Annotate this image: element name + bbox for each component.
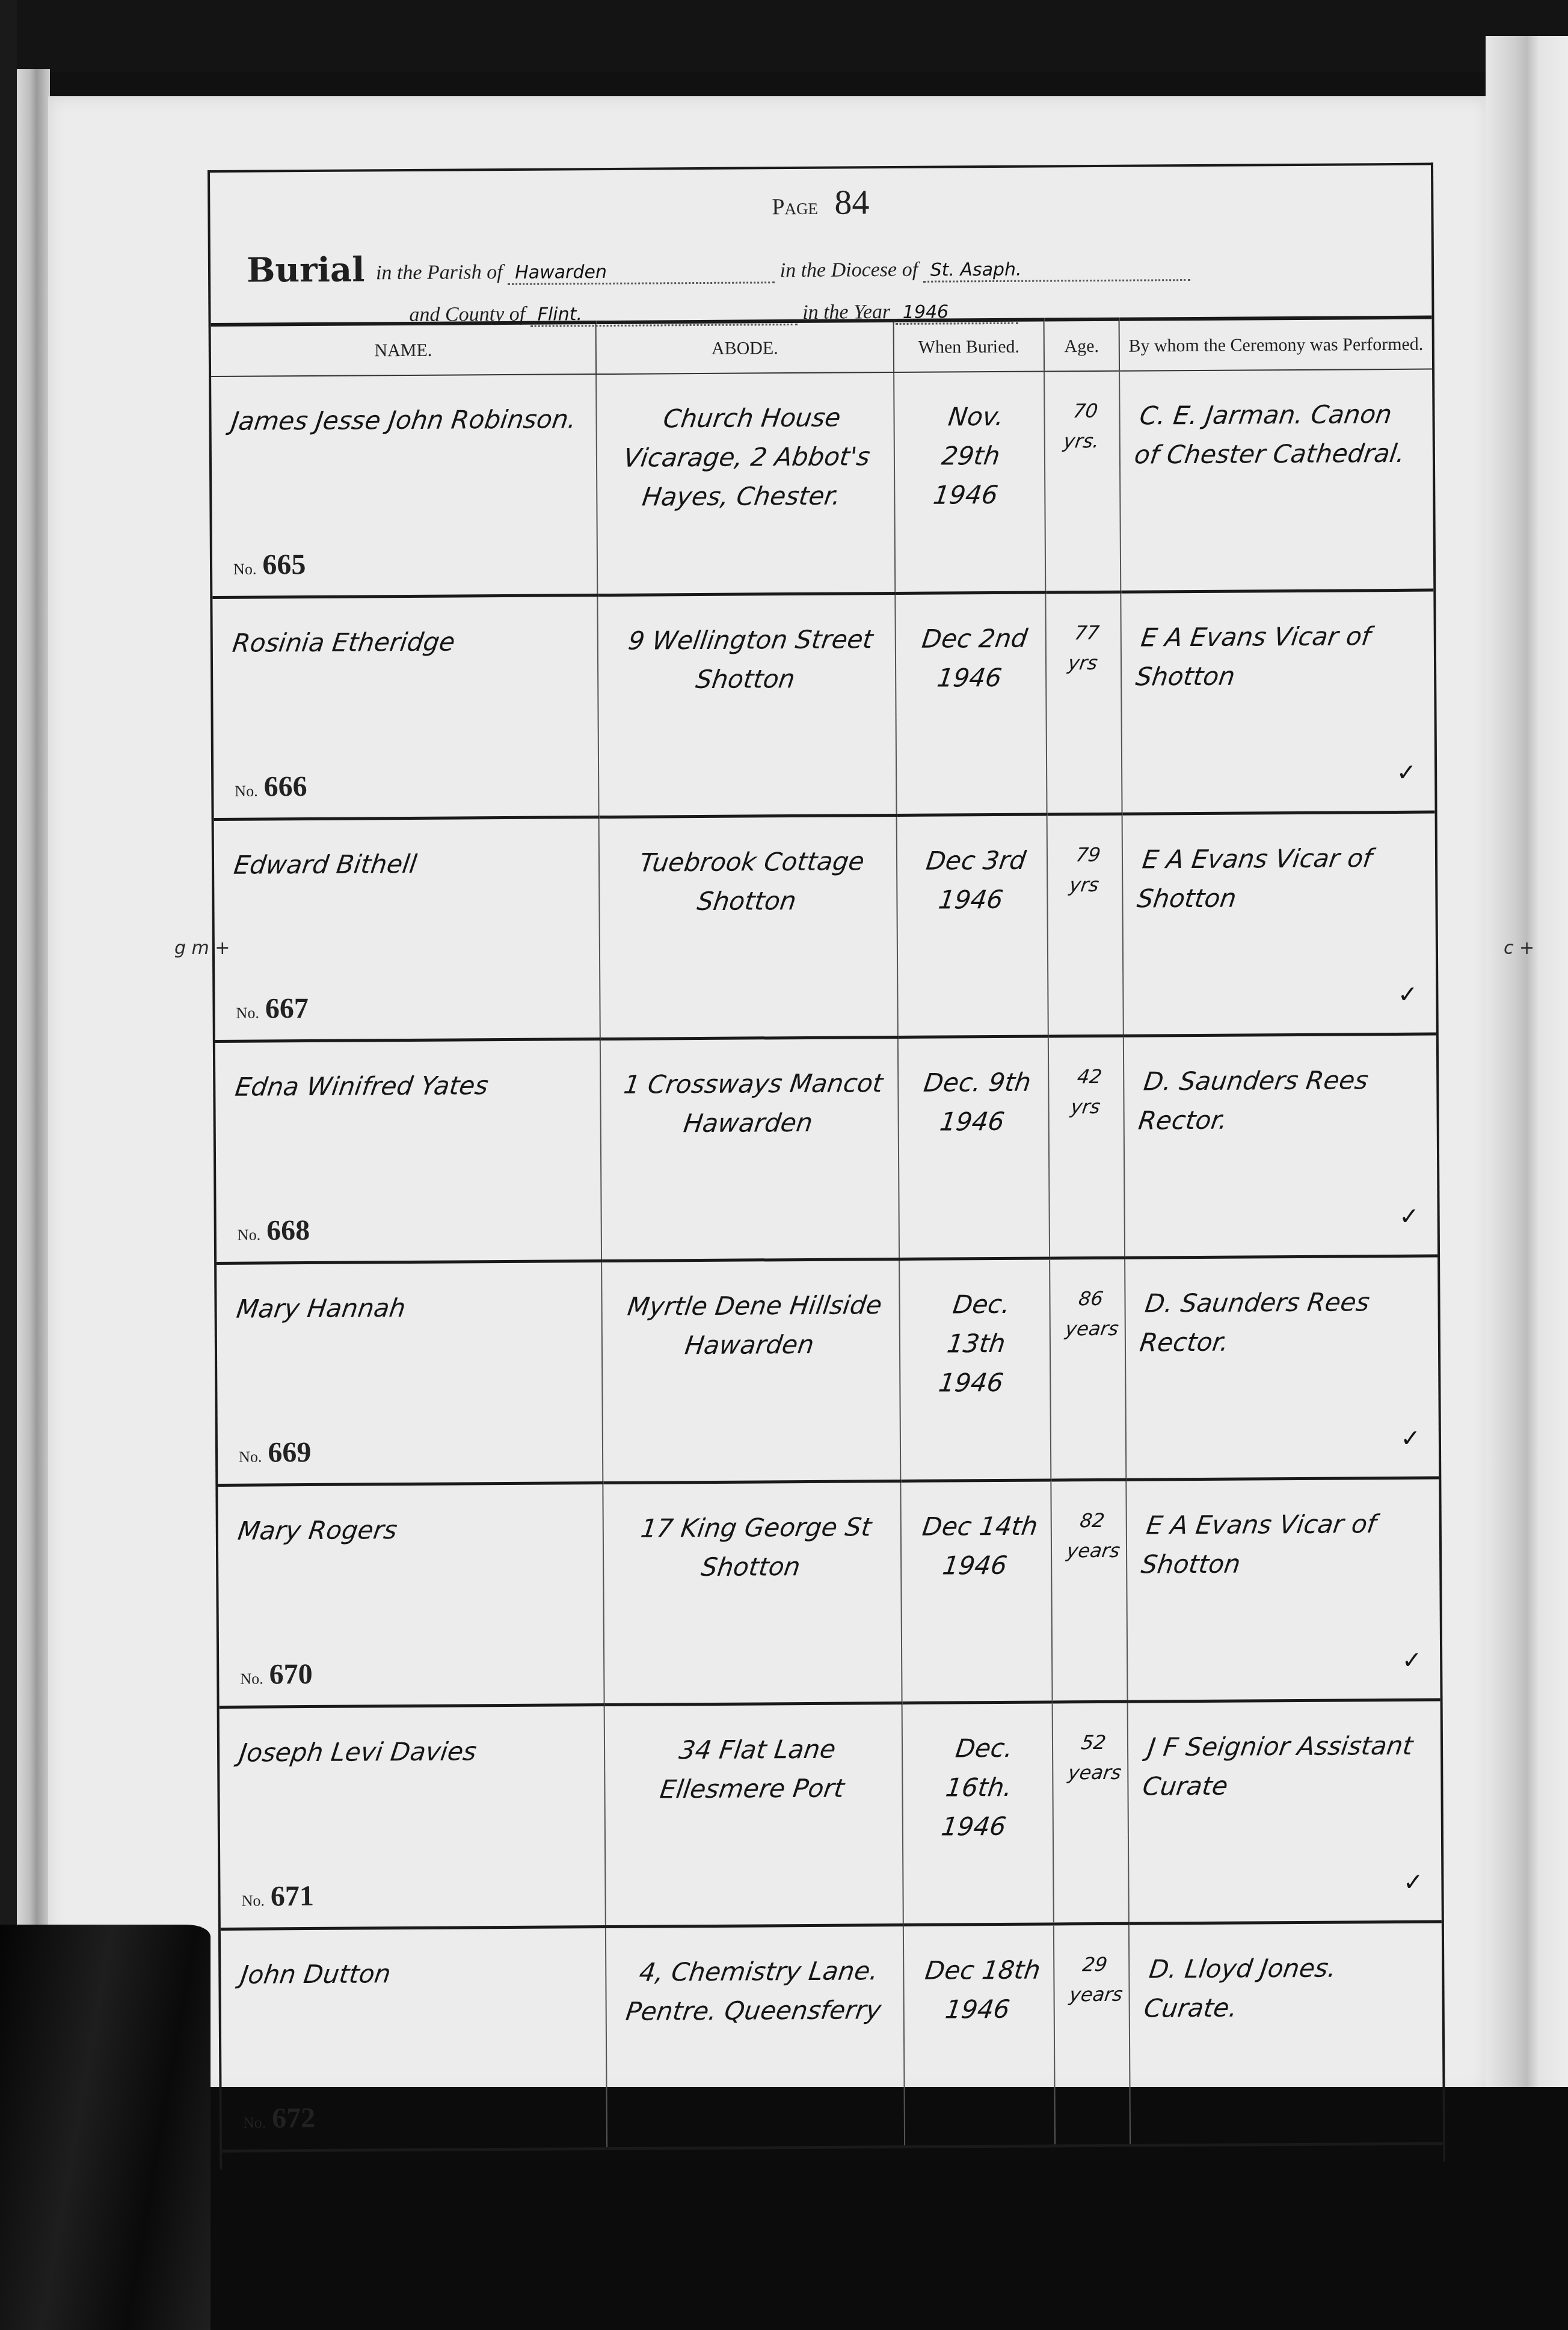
age-text: 29 years <box>1050 1926 1134 2010</box>
abode-cell: 4, Chemistry Lane. Pentre. Queensferry <box>606 1925 905 2148</box>
entry-number: No.667 <box>236 992 309 1025</box>
abode-text: 4, Chemistry Lane. Pentre. Queensferry <box>600 1927 909 2031</box>
deceased-name: Mary Hannah <box>213 1263 604 1329</box>
entry-number: No.671 <box>241 1880 314 1913</box>
deceased-name: Joseph Levi Davies <box>216 1707 607 1772</box>
age-text: 77 yrs <box>1041 594 1125 678</box>
name-cell: Mary Rogers No.670 <box>218 1483 604 1708</box>
burial-date: Dec. 9th 1946 <box>893 1038 1054 1142</box>
officiant-text: D. Saunders Rees Rector. <box>1118 1036 1443 1140</box>
check-mark-icon: ✓ <box>1403 1869 1424 1896</box>
burial-date: Dec. 16th. 1946 <box>894 1704 1062 1846</box>
burial-date: Dec 14th 1946 <box>895 1482 1057 1585</box>
entry-number: No.670 <box>240 1658 313 1691</box>
burial-date: Dec 3rd 1946 <box>891 816 1053 920</box>
deceased-name: Edna Winifred Yates <box>212 1041 603 1107</box>
deceased-name: Mary Rogers <box>215 1485 606 1551</box>
entry-number: No.665 <box>233 548 306 582</box>
officiant-text: D. Saunders Rees Rector. <box>1119 1258 1444 1362</box>
burial-entries-table: NAME. ABODE. When Buried. Age. By whom t… <box>211 316 1443 2153</box>
burial-date: Nov. 29th 1946 <box>886 372 1053 515</box>
check-mark-icon: ✓ <box>1397 759 1417 787</box>
abode-text: 17 King George St Shotton <box>597 1483 906 1587</box>
when-buried-cell: Dec 14th 1946 <box>900 1480 1052 1703</box>
entry-number: No.668 <box>238 1214 310 1247</box>
officiant-text: J F Seignior Assistant Curate <box>1122 1701 1447 1806</box>
abode-text: Church House Vicarage, 2 Abbot's Hayes, … <box>588 373 903 517</box>
table-row: Rosinia Etheridge No.666 9 Wellington St… <box>212 590 1434 819</box>
when-buried-cell: Dec 3rd 1946 <box>897 814 1048 1037</box>
burial-register: Page 84 Burial in the Parish of Hawarden… <box>208 163 1445 2169</box>
table-row: Mary Hannah No.669 Myrtle Dene Hillside … <box>217 1256 1439 1485</box>
age-text: 52 years <box>1048 1704 1133 1788</box>
officiant-text: D. Lloyd Jones. Curate. <box>1124 1923 1448 2027</box>
abode-cell: Tuebrook Cottage Shotton <box>599 816 898 1039</box>
name-cell: Edward Bithell No.667 <box>214 817 600 1042</box>
abode-cell: 17 King George St Shotton <box>603 1481 902 1705</box>
cloth-cover-flap <box>0 1925 211 2330</box>
page-number: Page 84 <box>210 179 1431 226</box>
officiant-text: C. E. Jarman. Canon of Chester Cathedral… <box>1114 370 1439 475</box>
abode-cell: 1 Crossways Mancot Hawarden <box>600 1037 899 1261</box>
name-cell: Joseph Levi Davies No.671 <box>220 1705 606 1929</box>
deceased-name: John Dutton <box>217 1929 609 1994</box>
facing-page-edge <box>1486 36 1568 2330</box>
abode-text: Tuebrook Cottage Shotton <box>594 817 903 921</box>
age-cell: 79 yrs <box>1047 814 1124 1036</box>
check-mark-icon: ✓ <box>1400 1425 1421 1452</box>
column-when-buried: When Buried. <box>894 320 1045 373</box>
age-text: 42 yrs <box>1044 1038 1128 1122</box>
name-cell: James Jesse John Robinson. No.665 <box>211 374 597 597</box>
page-edges <box>17 69 50 2084</box>
abode-cell: Church House Vicarage, 2 Abbot's Hayes, … <box>596 372 895 595</box>
table-row: James Jesse John Robinson. No.665 Church… <box>211 369 1433 598</box>
age-cell: 52 years <box>1053 1701 1129 1924</box>
column-abode: ABODE. <box>596 321 894 374</box>
column-officiant: By whom the Ceremony was Performed. <box>1119 318 1433 371</box>
abode-cell: Myrtle Dene Hillside Hawarden <box>601 1259 900 1483</box>
name-cell: John Dutton No.672 <box>221 1927 607 2151</box>
table-header: NAME. ABODE. When Buried. Age. By whom t… <box>211 318 1432 377</box>
column-age: Age. <box>1044 319 1120 372</box>
deceased-name: James Jesse John Robinson. <box>208 375 599 441</box>
heading-title: Burial <box>247 250 365 290</box>
officiant-cell: E A Evans Vicar of Shotton ✓ <box>1122 812 1436 1036</box>
age-cell: 29 years <box>1054 1923 1130 2146</box>
abode-text: 34 Flat Lane Ellesmere Port <box>599 1705 908 1809</box>
deceased-name: Edward Bithell <box>211 819 602 885</box>
officiant-cell: D. Lloyd Jones. Curate. <box>1129 1922 1443 2145</box>
diocese-field: St. Asaph. <box>923 258 1190 283</box>
age-cell: 82 years <box>1051 1480 1127 1702</box>
abode-text: Myrtle Dene Hillside Hawarden <box>596 1261 905 1365</box>
officiant-cell: D. Saunders Rees Rector. ✓ <box>1125 1256 1439 1480</box>
entry-number: No.672 <box>243 2101 316 2135</box>
age-cell: 77 yrs <box>1045 592 1122 814</box>
entry-number: No.666 <box>235 770 307 804</box>
age-cell: 86 years <box>1050 1258 1126 1480</box>
check-mark-icon: ✓ <box>1399 1203 1419 1231</box>
officiant-cell: C. E. Jarman. Canon of Chester Cathedral… <box>1119 369 1433 592</box>
check-mark-icon: ✓ <box>1398 981 1418 1009</box>
table-row: Edna Winifred Yates No.668 1 Crossways M… <box>215 1034 1437 1263</box>
when-buried-cell: Dec. 16th. 1946 <box>902 1702 1054 1925</box>
when-buried-cell: Dec 2nd 1946 <box>895 592 1047 816</box>
table-row: Edward Bithell No.667 Tuebrook Cottage S… <box>214 812 1436 1041</box>
when-buried-cell: Dec 18th 1946 <box>903 1924 1055 2147</box>
name-cell: Edna Winifred Yates No.668 <box>215 1039 601 1264</box>
abode-text: 9 Wellington Street Shotton <box>592 595 901 699</box>
name-cell: Mary Hannah No.669 <box>217 1261 603 1486</box>
table-row: Joseph Levi Davies No.671 34 Flat Lane E… <box>220 1700 1442 1929</box>
abode-cell: 9 Wellington Street Shotton <box>597 594 896 817</box>
when-buried-cell: Dec. 9th 1946 <box>898 1036 1050 1259</box>
burial-date: Dec. 13th 1946 <box>891 1260 1059 1403</box>
table-row: John Dutton No.672 4, Chemistry Lane. Pe… <box>221 1922 1443 2151</box>
age-text: 82 years <box>1047 1482 1131 1566</box>
abode-cell: 34 Flat Lane Ellesmere Port <box>604 1703 903 1926</box>
officiant-text: E A Evans Vicar of Shotton <box>1117 814 1442 918</box>
entry-number: No.669 <box>239 1436 312 1469</box>
burial-date: Dec 18th 1946 <box>898 1926 1060 2029</box>
when-buried-cell: Nov. 29th 1946 <box>894 372 1045 594</box>
officiant-cell: E A Evans Vicar of Shotton ✓ <box>1126 1478 1440 1701</box>
officiant-text: E A Evans Vicar of Shotton <box>1115 592 1440 696</box>
parish-field: Hawarden <box>508 260 775 285</box>
age-cell: 42 yrs <box>1048 1036 1125 1258</box>
age-text: 86 years <box>1045 1260 1130 1344</box>
burial-date: Dec 2nd 1946 <box>890 594 1051 698</box>
when-buried-cell: Dec. 13th 1946 <box>899 1258 1051 1481</box>
age-cell: 70 yrs. <box>1044 371 1121 592</box>
officiant-text: E A Evans Vicar of Shotton <box>1121 1480 1445 1584</box>
abode-text: 1 Crossways Mancot Hawarden <box>595 1039 904 1143</box>
book-cover-top <box>0 0 1568 72</box>
age-text: 70 yrs. <box>1040 372 1124 456</box>
officiant-cell: J F Seignior Assistant Curate ✓ <box>1128 1700 1442 1923</box>
officiant-cell: E A Evans Vicar of Shotton ✓ <box>1121 590 1434 814</box>
deceased-name: Rosinia Etheridge <box>209 597 601 663</box>
age-text: 79 yrs <box>1043 816 1127 900</box>
name-cell: Rosinia Etheridge No.666 <box>212 595 598 820</box>
check-mark-icon: ✓ <box>1402 1647 1422 1674</box>
right-margin-note: c + <box>1504 938 1534 958</box>
table-row: Mary Rogers No.670 17 King George St Sho… <box>218 1478 1440 1707</box>
column-name: NAME. <box>211 322 597 377</box>
officiant-cell: D. Saunders Rees Rector. ✓ <box>1124 1034 1437 1258</box>
